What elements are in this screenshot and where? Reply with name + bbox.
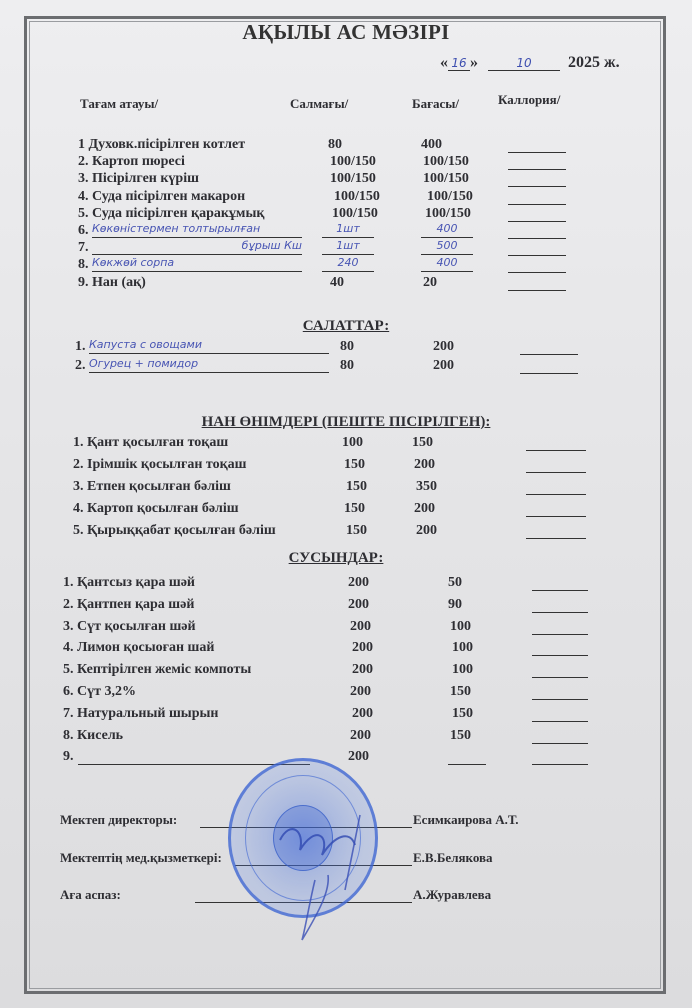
item-weight: 200 (352, 662, 373, 678)
item-weight: 80 (340, 358, 354, 374)
item-name-handwritten: Огурец + помидор (89, 356, 329, 373)
item-price: 200 (433, 358, 454, 374)
item-price: 150 (452, 706, 473, 722)
item-name: 4. Суда пісірілген макарон (78, 189, 245, 205)
item-price: 400 (421, 255, 473, 272)
item-price: 50 (448, 575, 462, 591)
item-price: 20 (423, 275, 437, 291)
signature-name: А.Журавлева (413, 887, 491, 903)
item-calories-field[interactable] (532, 633, 588, 635)
item-price: 100/150 (423, 171, 469, 187)
item-calories-field[interactable] (508, 203, 566, 205)
item-calories-field[interactable] (508, 168, 566, 170)
item-name: 2. Картоп пюресі (78, 154, 185, 170)
item-calories-field[interactable] (532, 698, 588, 700)
item-price: 150 (412, 435, 433, 451)
item-price: 200 (433, 339, 454, 355)
date-day: 16 (448, 56, 470, 71)
item-price: 500 (421, 238, 473, 255)
item-name: 8. Кисель (63, 728, 123, 744)
item-calories-field[interactable] (520, 353, 578, 355)
signature-scribble-icon (260, 800, 380, 950)
drinks-heading: СУСЫНДАР: (0, 550, 682, 567)
item-weight: 100/150 (334, 189, 380, 205)
item-weight: 200 (352, 640, 373, 656)
item-name: 1 Духовк.пісірілген котлет (78, 137, 245, 153)
item-weight: 100/150 (330, 154, 376, 170)
item-calories-field[interactable] (532, 763, 588, 765)
item-number: 8. (78, 257, 89, 273)
item-number: 2. (75, 358, 86, 374)
item-name: 9. (63, 749, 74, 765)
column-header-name: Тағам атауы/ (80, 96, 158, 112)
column-header-weight: Салмағы/ (290, 96, 348, 112)
item-calories-field[interactable] (520, 372, 578, 374)
date-quote-open: « (440, 54, 448, 71)
item-calories-field[interactable] (526, 471, 586, 473)
item-weight: 1шт (322, 221, 374, 238)
item-name: 5. Кептірілген жеміс компоты (63, 662, 251, 678)
item-name: 3. Пісірілген күріш (78, 171, 199, 187)
item-price: 200 (414, 501, 435, 517)
item-name: 3. Етпен қосылған бәліш (73, 479, 231, 495)
salads-heading: САЛАТТАР: (0, 318, 692, 335)
item-name-handwritten: Капуста с овощами (89, 337, 329, 354)
signature-role: Мектеп директоры: (60, 812, 177, 828)
item-name: 6. Сүт 3,2% (63, 684, 136, 700)
signature-name: Есимкаирова А.Т. (413, 812, 519, 828)
item-weight: 80 (340, 339, 354, 355)
item-calories-field[interactable] (508, 151, 566, 153)
item-weight: 200 (348, 749, 369, 765)
item-calories-field[interactable] (526, 515, 586, 517)
item-price: 100/150 (427, 189, 473, 205)
item-calories-field[interactable] (508, 254, 566, 256)
item-name: 2. Ірімшік қосылған тоқаш (73, 457, 247, 473)
item-name: 3. Сүт қосылған шәй (63, 619, 196, 635)
item-name: 7. Натуральный шырын (63, 706, 218, 722)
item-name: 5. Қырыққабат қосылған бәліш (73, 523, 276, 539)
signature-role: Мектептің мед.қызметкері: (60, 850, 222, 866)
item-price: 200 (416, 523, 437, 539)
item-price: 100 (452, 662, 473, 678)
item-name: 2. Қантпен қара шәй (63, 597, 194, 613)
item-price: 100/150 (425, 206, 471, 222)
item-price: 150 (450, 684, 471, 700)
item-name-handwritten: бұрыш Кш (92, 238, 302, 255)
item-weight: 1шт (322, 238, 374, 255)
item-price-blank[interactable] (448, 763, 486, 765)
item-calories-field[interactable] (508, 271, 566, 273)
item-weight: 200 (352, 706, 373, 722)
signature-role: Аға аспаз: (60, 887, 121, 903)
item-weight: 200 (350, 728, 371, 744)
item-weight: 100/150 (330, 171, 376, 187)
item-calories-field[interactable] (532, 742, 588, 744)
menu-sheet: АҚЫЛЫ АС МӘЗІРІ «16» 10 2025 ж. Тағам ат… (0, 0, 692, 1008)
item-name-handwritten: Көкөністермен толтырылған (92, 221, 302, 238)
item-weight: 200 (350, 619, 371, 635)
item-weight: 100/150 (332, 206, 378, 222)
item-weight: 240 (322, 255, 374, 272)
item-price: 150 (450, 728, 471, 744)
item-number: 7. (78, 240, 89, 256)
item-calories-field[interactable] (532, 654, 588, 656)
item-weight: 40 (330, 275, 344, 291)
item-calories-field[interactable] (532, 589, 588, 591)
item-weight: 100 (342, 435, 363, 451)
item-name: 4. Картоп қосылған бәліш (73, 501, 239, 517)
column-header-price: Бағасы/ (412, 96, 459, 112)
item-price: 100 (450, 619, 471, 635)
item-calories-field[interactable] (508, 185, 566, 187)
item-weight: 150 (344, 457, 365, 473)
column-header-calories: Каллория/ (498, 92, 560, 108)
document-title: АҚЫЛЫ АС МӘЗІРІ (0, 20, 692, 45)
item-price: 90 (448, 597, 462, 613)
item-calories-field[interactable] (508, 220, 566, 222)
item-weight: 200 (350, 684, 371, 700)
item-price: 100 (452, 640, 473, 656)
item-name-handwritten: Көкжөй сорпа (92, 255, 302, 272)
date-month: 10 (488, 56, 560, 71)
item-weight: 200 (348, 575, 369, 591)
item-calories-field[interactable] (526, 449, 586, 451)
item-price: 350 (416, 479, 437, 495)
item-calories-field[interactable] (532, 611, 588, 613)
item-name: 9. Нан (ақ) (78, 275, 146, 291)
item-number: 1. (75, 339, 86, 355)
item-number: 6. (78, 223, 89, 239)
item-price: 400 (421, 137, 442, 153)
item-weight: 200 (348, 597, 369, 613)
bakery-heading: НАН ӨНІМДЕРІ (ПЕШТЕ ПІСІРІЛГЕН): (0, 414, 692, 431)
date-quote-close: » (470, 54, 478, 71)
item-name: 5. Суда пісірілген қаракұмық (78, 206, 264, 222)
item-weight: 150 (346, 479, 367, 495)
item-calories-field[interactable] (532, 720, 588, 722)
item-weight: 150 (346, 523, 367, 539)
date-year: 2025 ж. (568, 54, 620, 71)
item-weight: 150 (344, 501, 365, 517)
document-date: «16» 10 2025 ж. (440, 54, 620, 72)
item-name: 4. Лимон қосыоған шай (63, 640, 214, 656)
item-calories-field[interactable] (526, 537, 586, 539)
item-calories-field[interactable] (526, 493, 586, 495)
item-price: 400 (421, 221, 473, 238)
item-calories-field[interactable] (508, 237, 566, 239)
item-weight: 80 (328, 137, 342, 153)
item-price: 100/150 (423, 154, 469, 170)
item-calories-field[interactable] (532, 676, 588, 678)
item-name: 1. Қант қосылған тоқаш (73, 435, 228, 451)
signature-name: Е.В.Белякова (413, 850, 493, 866)
item-calories-field[interactable] (508, 289, 566, 291)
item-price: 200 (414, 457, 435, 473)
item-name: 1. Қантсыз қара шәй (63, 575, 195, 591)
